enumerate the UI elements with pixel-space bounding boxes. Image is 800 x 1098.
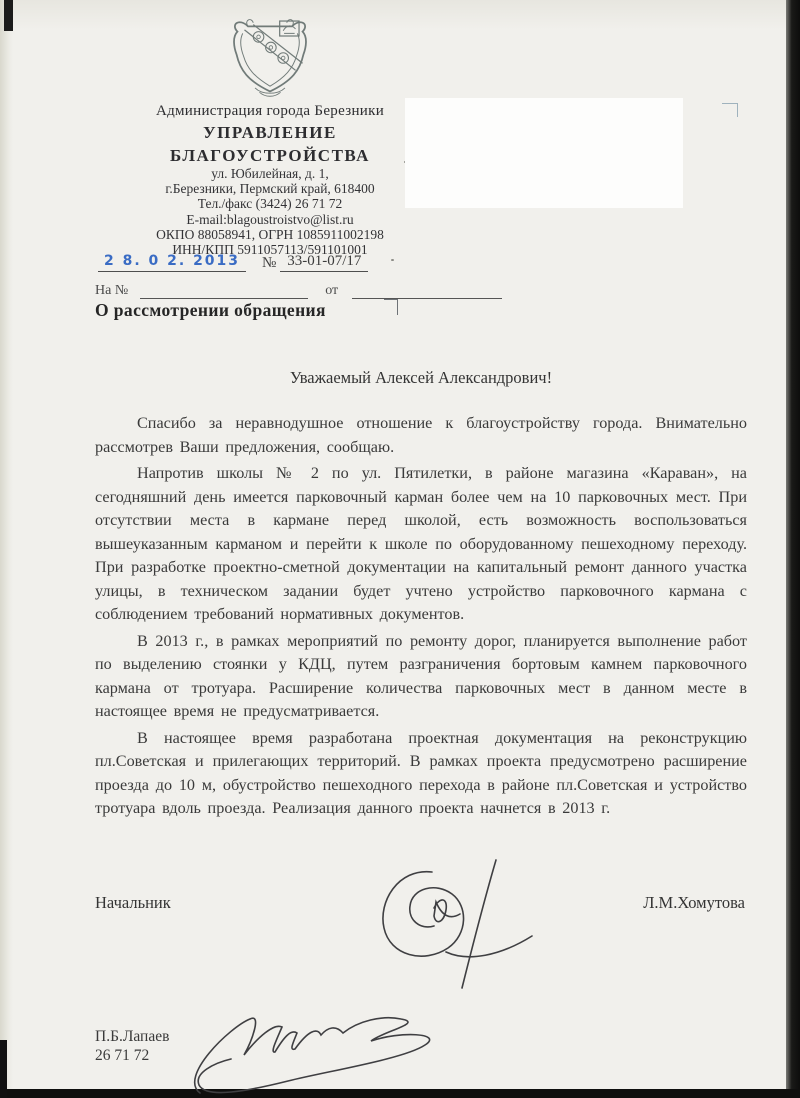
subject-line: О рассмотрении обращения xyxy=(95,300,326,321)
org-address-street: ул. Юбилейная, д. 1, xyxy=(96,166,444,181)
date-field: 2 8. 0 2. 2013 xyxy=(98,252,246,272)
reference-row: 2 8. 0 2. 2013 № 33-01-07/17 xyxy=(98,252,698,272)
outgoing-number: 33-01-07/17 xyxy=(280,253,368,272)
org-name-line2: БЛАГОУСТРОЙСТВА xyxy=(96,146,444,166)
paragraph: Спасибо за неравнодушное отношение к бла… xyxy=(95,412,747,459)
org-name-parent: Администрация города Березники xyxy=(96,103,444,120)
reply-number-blank xyxy=(140,285,308,299)
from-label: от xyxy=(325,283,338,298)
scan-bottom-left-notch xyxy=(0,1040,7,1098)
scan-right-edge xyxy=(786,0,800,1098)
berezniki-coat-of-arms-icon xyxy=(221,14,319,102)
reply-label: На № xyxy=(95,283,128,298)
scan-black-notch xyxy=(4,0,13,31)
number-label: № xyxy=(262,255,276,271)
scanned-letter-page: Администрация города Березники УПРАВЛЕНИ… xyxy=(0,0,800,1098)
org-okpo-ogrn: ОКПО 88058941, ОГРН 1085911002198 xyxy=(96,227,444,242)
heading-corner-mark xyxy=(384,299,398,315)
paragraph: Напротив школы № 2 по ул. Пятилетки, в р… xyxy=(95,462,747,627)
handwritten-signature-icon xyxy=(372,856,552,994)
signer-name: Л.М.Хомутова xyxy=(643,893,745,913)
paragraph: В настоящее время разработана проектная … xyxy=(95,727,747,821)
org-name-line1: УПРАВЛЕНИЕ xyxy=(96,123,444,143)
scan-left-edge xyxy=(0,0,13,1098)
org-phone: Тел./факс (3424) 26 71 72 xyxy=(96,196,444,211)
org-address-city: г.Березники, Пермский край, 618400 xyxy=(96,181,444,196)
letter-body: Спасибо за неравнодушное отношение к бла… xyxy=(95,412,747,824)
executor-signature-icon xyxy=(138,997,498,1097)
redacted-recipient-area xyxy=(405,98,683,208)
from-date-blank xyxy=(352,285,502,299)
reply-reference-row: На № от xyxy=(95,283,502,299)
address-corner-mark xyxy=(722,103,738,117)
paragraph: В 2013 г., в рамках мероприятий по ремон… xyxy=(95,630,747,724)
letterhead: Администрация города Березники УПРАВЛЕНИ… xyxy=(96,14,444,257)
signer-position: Начальник xyxy=(95,893,171,913)
date-stamp: 2 8. 0 2. 2013 xyxy=(104,253,240,269)
salutation: Уважаемый Алексей Александрович! xyxy=(95,368,747,388)
org-email: E-mail:blagoustroistvo@list.ru xyxy=(96,212,444,227)
